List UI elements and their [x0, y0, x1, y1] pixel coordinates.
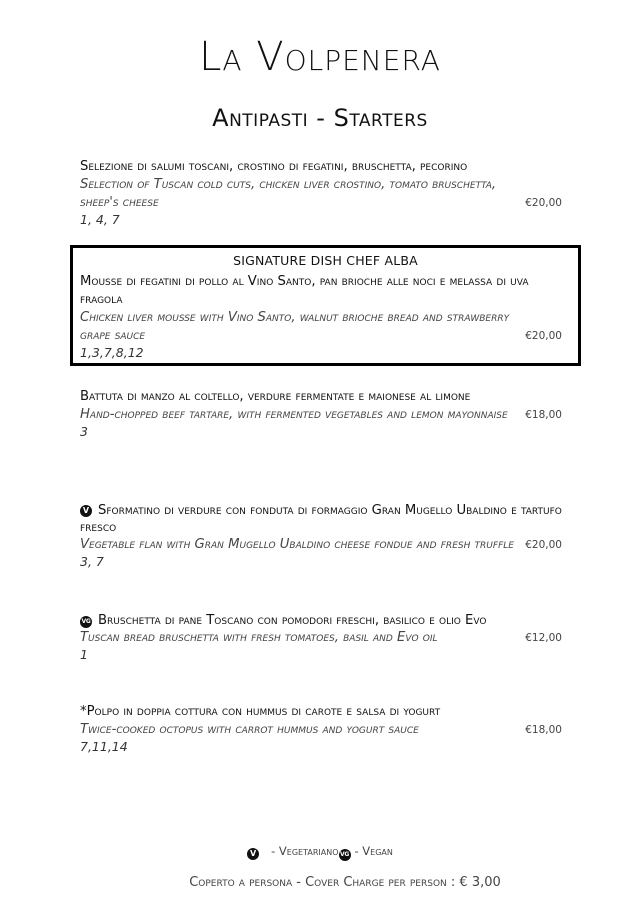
item-price: €18,00 — [525, 721, 562, 739]
item-name-italian: Bruschetta di pane Toscano con pomodori … — [98, 613, 486, 628]
section-title: Antipasti - Starters — [0, 104, 640, 132]
item-price: €12,00 — [525, 629, 562, 647]
menu-item: VGBruschetta di pane Toscano con pomodor… — [80, 612, 562, 663]
item-description-row: Selection of Tuscan cold cuts, chicken l… — [80, 176, 562, 212]
vegetarian-icon: V — [247, 848, 259, 860]
cover-charge: Coperto a persona - Cover Charge per per… — [0, 875, 640, 890]
item-price: €18,00 — [525, 406, 562, 424]
vegan-icon: VG — [339, 849, 351, 861]
vegetarian-label: - Vegetariano — [271, 844, 338, 858]
item-name-italian: Battuta di manzo al coltello, verdure fe… — [80, 388, 562, 406]
item-description-row: Tuscan bread bruschetta with fresh tomat… — [80, 629, 562, 647]
item-price: €20,00 — [525, 327, 562, 345]
item-allergens: 1,3,7,8,12 — [80, 345, 562, 361]
menu-item: Selezione di salumi toscani, crostino di… — [80, 158, 562, 228]
item-allergens: 3, 7 — [80, 554, 562, 570]
item-name-english: Vegetable flan with Gran Mugello Ubaldin… — [80, 536, 562, 554]
item-name-italian: *Polpo in doppia cottura con hummus di c… — [80, 703, 562, 721]
vegan-icon: VG — [80, 616, 92, 628]
item-name-italian: Sformatino di verdure con fonduta di for… — [80, 503, 562, 535]
item-allergens: 1, 4, 7 — [80, 212, 562, 228]
vegetarian-icon: V — [80, 505, 92, 517]
item-allergens: 1 — [80, 647, 562, 663]
menu-item: *Polpo in doppia cottura con hummus di c… — [80, 703, 562, 755]
signature-label: SIGNATURE DISH CHEF ALBA — [73, 253, 578, 268]
vegan-label: - Vegan — [355, 844, 393, 858]
item-price: €20,00 — [525, 194, 562, 212]
item-name-italian-row: VSformatino di verdure con fonduta di fo… — [80, 502, 562, 536]
item-description-row: Twice-cooked octopus with carrot hummus … — [80, 721, 562, 739]
item-name-english: Tuscan bread bruschetta with fresh tomat… — [80, 629, 562, 647]
item-name-italian-row: VGBruschetta di pane Toscano con pomodor… — [80, 612, 562, 629]
diet-legend: V- VegetarianoVG- Vegan — [0, 844, 640, 861]
item-description-row: Vegetable flan with Gran Mugello Ubaldin… — [80, 536, 562, 554]
item-allergens: 3 — [80, 424, 562, 440]
menu-item: Battuta di manzo al coltello, verdure fe… — [80, 388, 562, 440]
item-description-row: Hand-chopped beef tartare, with fermente… — [80, 406, 562, 424]
item-description-row: Chicken liver mousse with Vino Santo, wa… — [80, 309, 562, 345]
item-allergens: 7,11,14 — [80, 739, 562, 755]
restaurant-name: La Volpenera — [0, 34, 640, 80]
item-name-english: Selection of Tuscan cold cuts, chicken l… — [80, 176, 562, 212]
item-price: €20,00 — [525, 536, 562, 554]
item-name-english: Twice-cooked octopus with carrot hummus … — [80, 721, 562, 739]
item-name-english: Chicken liver mousse with Vino Santo, wa… — [80, 309, 562, 345]
item-name-italian: Selezione di salumi toscani, crostino di… — [80, 158, 562, 176]
menu-item: VSformatino di verdure con fonduta di fo… — [80, 502, 562, 570]
item-name-italian: Mousse di fegatini di pollo al Vino Sant… — [80, 273, 562, 309]
item-name-english: Hand-chopped beef tartare, with fermente… — [80, 406, 562, 424]
menu-item-signature: Mousse di fegatini di pollo al Vino Sant… — [80, 273, 562, 361]
